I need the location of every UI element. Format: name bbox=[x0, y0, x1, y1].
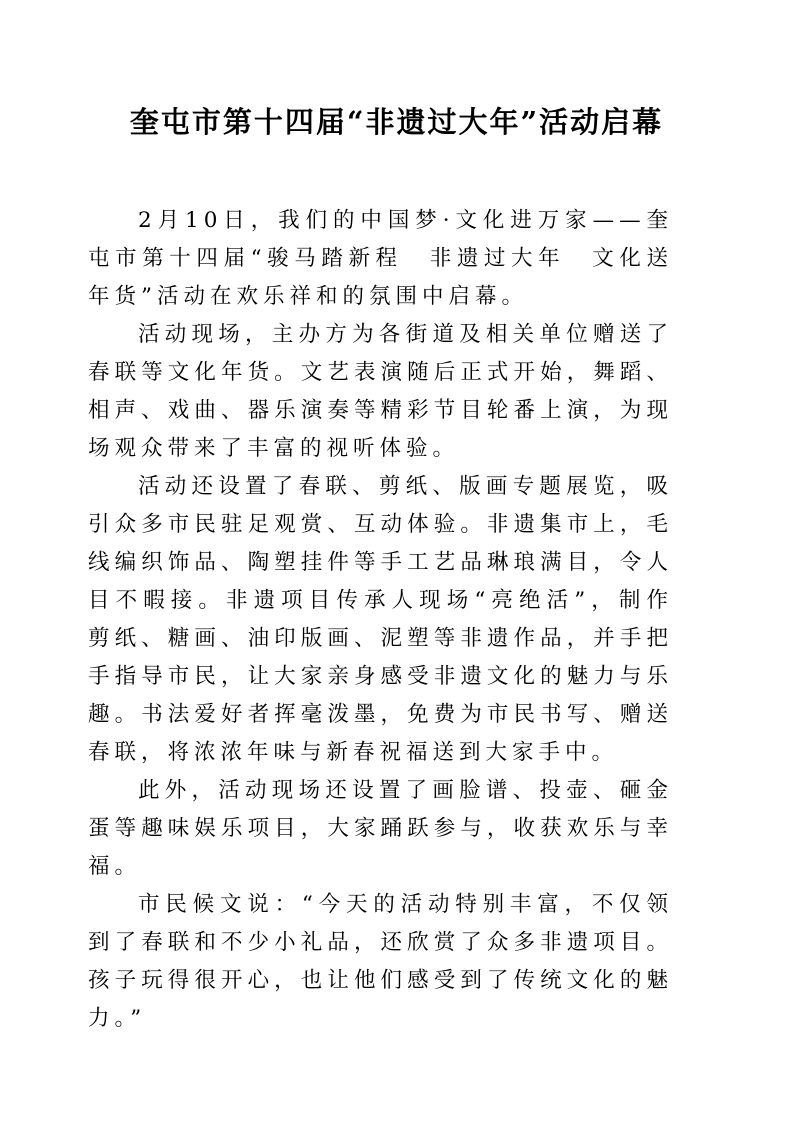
paragraph-3: 活动还设置了春联、剪纸、版画专题展览，吸引众多市民驻足观赏、互动体验。非遗集市上… bbox=[88, 468, 673, 772]
document-title: 奎屯市第十四届“非遗过大年”活动启幕 bbox=[0, 104, 793, 140]
paragraph-4: 此外，活动现场还设置了画脸谱、投壶、砸金蛋等趣味娱乐项目，大家踊跃参与，收获欢乐… bbox=[88, 772, 673, 886]
paragraph-2: 活动现场，主办方为各街道及相关单位赠送了春联等文化年货。文艺表演随后正式开始，舞… bbox=[88, 316, 673, 468]
document-page: 奎屯市第十四届“非遗过大年”活动启幕 2月10日，我们的中国梦·文化进万家——奎… bbox=[0, 0, 793, 1122]
paragraph-5: 市民候文说：“今天的活动特别丰富，不仅领到了春联和不少小礼品，还欣赏了众多非遗项… bbox=[88, 886, 673, 1038]
document-body: 2月10日，我们的中国梦·文化进万家——奎屯市第十四届“骏马踏新程 非遗过大年 … bbox=[88, 202, 673, 1038]
paragraph-1: 2月10日，我们的中国梦·文化进万家——奎屯市第十四届“骏马踏新程 非遗过大年 … bbox=[88, 202, 673, 316]
